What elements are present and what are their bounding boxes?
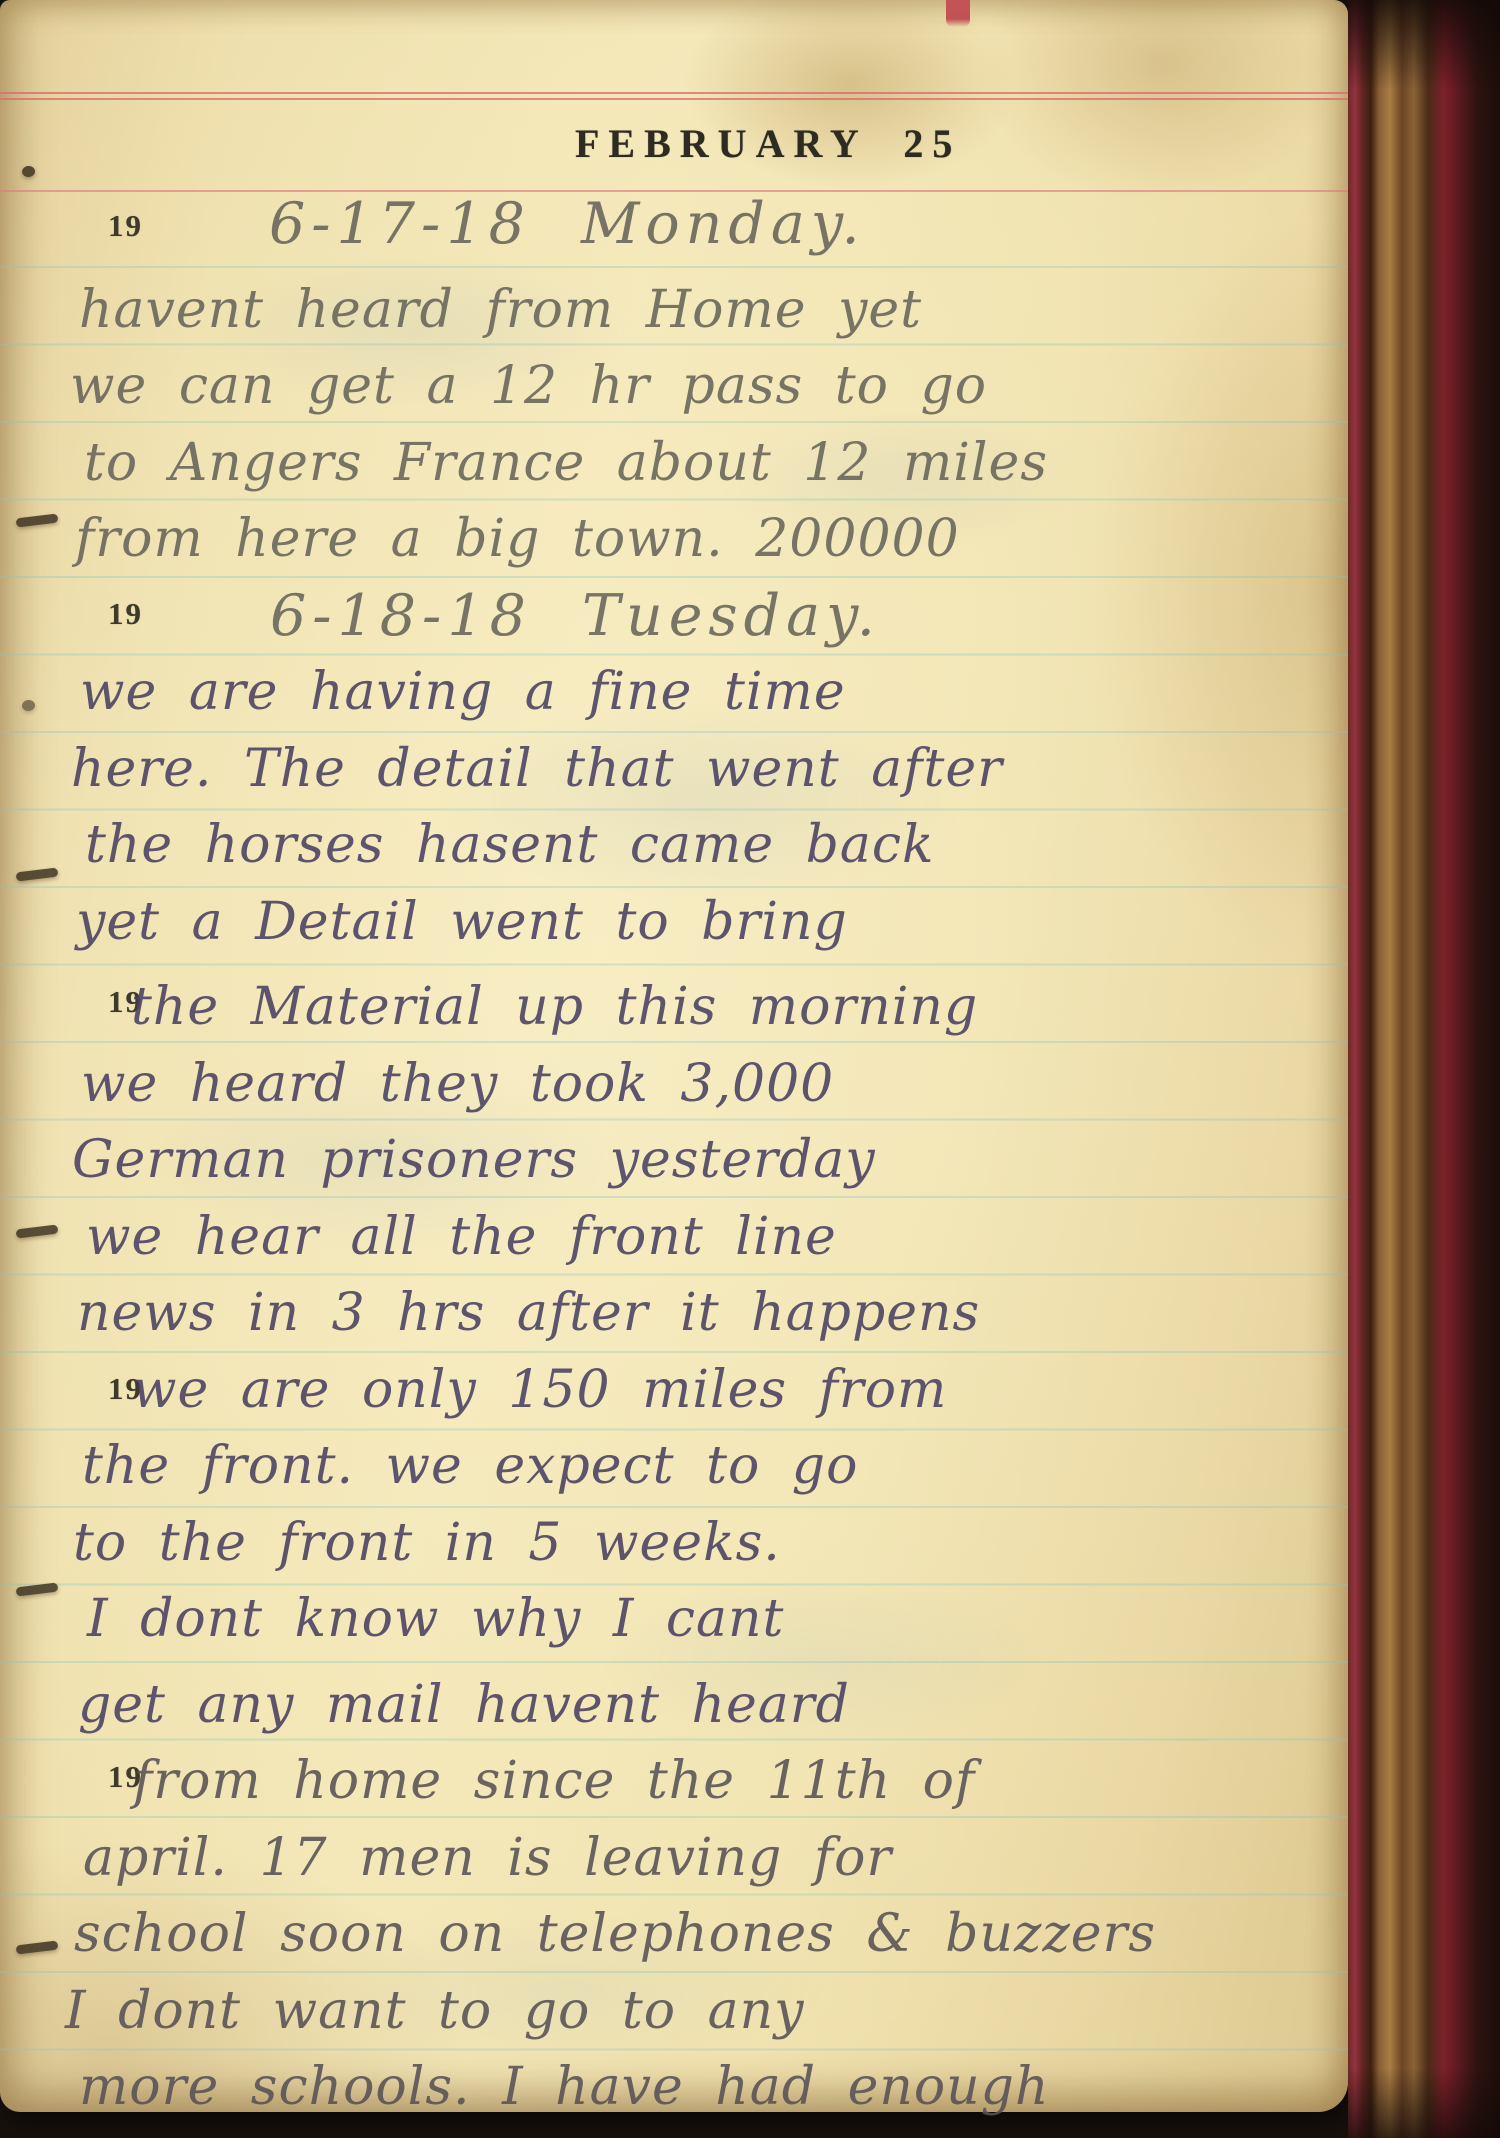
diary-line: to Angers France about 12 miles [8, 425, 1308, 503]
diary-line: we can get a 12 hr pass to go [0, 348, 1294, 426]
diary-line: from home since the 11th of [0, 1743, 1293, 1821]
diary-line: school soon on telephones & buzzers [0, 1896, 1298, 1974]
page-header-date: FEBRUARY 25 [575, 120, 961, 167]
diary-line: German prisoners yesterday [0, 1122, 1296, 1200]
diary-line: I dont know why I cant [11, 1581, 1311, 1659]
diary-line: the front. we expect to go [6, 1428, 1306, 1506]
diary-line: here. The detail that went after [0, 731, 1295, 809]
header-rule-top-second [0, 98, 1348, 100]
diary-line: more schools. I have had enough [3, 2049, 1303, 2127]
header-rule-top [0, 92, 1348, 94]
handwriting-block: 6-17-18 Monday.havent heard from Home ye… [0, 190, 1300, 2128]
diary-line: I dont want to go to any [0, 1973, 1289, 2051]
diary-page: FEBRUARY 25 19 19 19 19 19 6-17-18 Monda… [0, 0, 1348, 2112]
diary-line: we hear all the front line [10, 1199, 1310, 1277]
diary-line: we heard they took 3,000 [5, 1046, 1305, 1124]
diary-line: we are having a fine time [4, 654, 1304, 732]
binding-hole [21, 165, 35, 178]
diary-line: from here a big town. 200000 [0, 501, 1299, 579]
diary-scan: FEBRUARY 25 19 19 19 19 19 6-17-18 Monda… [0, 0, 1500, 2138]
diary-line: the horses hasent came back [9, 807, 1309, 885]
diary-line: 6-18-18 Tuesday. [0, 578, 1290, 656]
diary-line: april. 17 men is leaving for [7, 1820, 1307, 1898]
diary-line: yet a Detail went to bring [0, 884, 1300, 962]
red-edge-stain [946, 0, 970, 27]
diary-line: we are only 150 miles from [0, 1352, 1292, 1430]
diary-line: havent heard from Home yet [3, 272, 1303, 350]
diary-line: the Material up this morning [0, 969, 1291, 1047]
diary-line: to the front in 5 weeks. [0, 1505, 1297, 1583]
diary-line: news in 3 hrs after it happens [1, 1275, 1301, 1353]
diary-line: 6-17-18 Monday. [0, 186, 1289, 264]
book-spine-edge [1348, 0, 1500, 2138]
diary-line: get any mail havent heard [2, 1667, 1302, 1745]
